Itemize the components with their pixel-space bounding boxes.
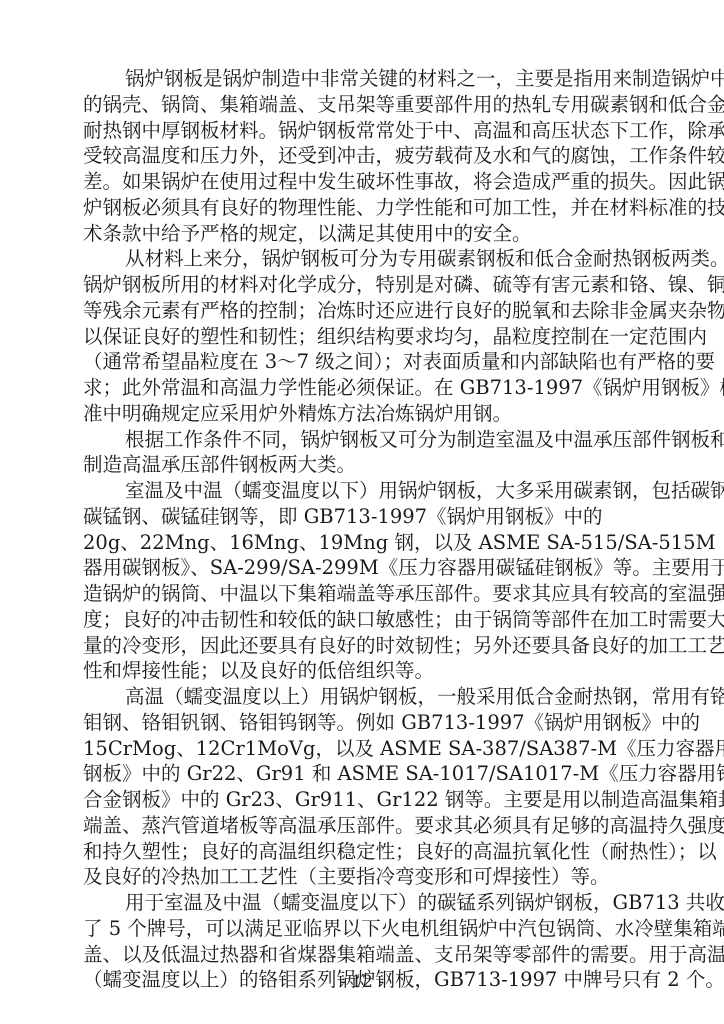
text-line: 用于室温及中温（蠕变温度以下）的碳锰系列锅炉钢板，GB713 共收纳 (83, 890, 643, 916)
text-line: 耐热钢中厚钢板材料。锅炉钢板常常处于中、高温和高压状态下工作，除承 (83, 118, 643, 144)
paragraph: 锅炉钢板是锅炉制造中非常关键的材料之一，主要是指用来制造锅炉中 的锅壳、锅筒、集… (83, 66, 643, 246)
text-line: 器用碳钢板》、SA-299/SA-299M《压力容器用碳锰硅钢板》等。主要用于制 (83, 555, 643, 581)
text-line: 高温（蠕变温度以上）用锅炉钢板，一般采用低合金耐热钢，常用有铬 (83, 684, 643, 710)
text-line: 量的冷变形，因此还要具有良好的时效韧性；另外还要具备良好的加工工艺 (83, 633, 643, 659)
text-line: 从材料上来分，锅炉钢板可分为专用碳素钢板和低合金耐热钢板两类。 (83, 246, 643, 272)
text-line: 等残余元素有严格的控制；冶炼时还应进行良好的脱氧和去除非金属夹杂物， (83, 298, 643, 324)
text-line: 准中明确规定应采用炉外精炼方法冶炼锅炉用钢。 (83, 401, 643, 427)
text-line: 20g、22Mng、16Mng、19Mng 钢，以及 ASME SA-515/S… (83, 530, 643, 556)
text-line: 求；此外常温和高温力学性能必须保证。在 GB713-1997《锅炉用钢板》标 (83, 375, 643, 401)
text-line: 和持久塑性；良好的高温组织稳定性；良好的高温抗氧化性（耐热性）；以 (83, 839, 643, 865)
text-line: 炉钢板必须具有良好的物理性能、力学性能和可加工性，并在材料标准的技 (83, 195, 643, 221)
text-line: 差。如果锅炉在使用过程中发生破坏性事故，将会造成严重的损失。因此锅 (83, 169, 643, 195)
text-line: 端盖、蒸汽管道堵板等高温承压部件。要求其必须具有足够的高温持久强度 (83, 813, 643, 839)
text-line: 钼钢、铬钼钒钢、铬钼钨钢等。例如 GB713-1997《锅炉用钢板》中的 (83, 710, 643, 736)
text-line: 钢板》中的 Gr22、Gr91 和 ASME SA-1017/SA1017-M《… (83, 761, 643, 787)
text-line: 度；良好的冲击韧性和较低的缺口敏感性；由于锅筒等部件在加工时需要大 (83, 607, 643, 633)
text-line: 锅炉钢板所用的材料对化学成分，特别是对磷、硫等有害元素和铬、镍、铜 (83, 272, 643, 298)
text-line: （通常希望晶粒度在 3～7 级之间）；对表面质量和内部缺陷也有严格的要 (83, 349, 643, 375)
text-line: 及良好的冷热加工工艺性（主要指冷弯变形和可焊接性）等。 (83, 864, 643, 890)
text-line: 碳锰钢、碳锰硅钢等，即 GB713-1997《锅炉用钢板》中的 (83, 504, 643, 530)
text-line: 造锅炉的锅筒、中温以下集箱端盖等承压部件。要求其应具有较高的室温强 (83, 581, 643, 607)
text-line: 15CrMog、12Cr1MoVg，以及 ASME SA-387/SA387-M… (83, 736, 643, 762)
text-line: 盖、以及低温过热器和省煤器集箱端盖、支吊架等零部件的需要。用于高温 (83, 942, 643, 968)
text-line: 性和焊接性能；以及良好的低倍组织等。 (83, 658, 643, 684)
paragraph: 从材料上来分，锅炉钢板可分为专用碳素钢板和低合金耐热钢板两类。 锅炉钢板所用的材… (83, 246, 643, 426)
text-line: 了 5 个牌号，可以满足亚临界以下火电机组锅炉中汽包锅筒、水冷壁集箱端 (83, 916, 643, 942)
text-line: 受较高温度和压力外，还受到冲击，疲劳载荷及水和气的腐蚀，工作条件较 (83, 143, 643, 169)
text-line: 室温及中温（蠕变温度以下）用锅炉钢板，大多采用碳素钢，包括碳钢、 (83, 478, 643, 504)
paragraph: 室温及中温（蠕变温度以下）用锅炉钢板，大多采用碳素钢，包括碳钢、 碳锰钢、碳锰硅… (83, 478, 643, 684)
text-line: 合金钢板》中的 Gr23、Gr911、Gr122 钢等。主要是用以制造高温集箱封… (83, 787, 643, 813)
text-line: 制造高温承压部件钢板两大类。 (83, 452, 643, 478)
text-line: 锅炉钢板是锅炉制造中非常关键的材料之一，主要是指用来制造锅炉中 (83, 66, 643, 92)
paragraph: 根据工作条件不同，锅炉钢板又可分为制造室温及中温承压部件钢板和 制造高温承压部件… (83, 427, 643, 479)
text-line: 术条款中给予严格的规定，以满足其使用中的安全。 (83, 221, 643, 247)
paragraph: 高温（蠕变温度以上）用锅炉钢板，一般采用低合金耐热钢，常用有铬 钼钢、铬钼钒钢、… (83, 684, 643, 890)
text-line: 根据工作条件不同，锅炉钢板又可分为制造室温及中温承压部件钢板和 (83, 427, 643, 453)
text-line: 的锅壳、锅筒、集箱端盖、支吊架等重要部件用的热轧专用碳素钢和低合金 (83, 92, 643, 118)
text-line: 以保证良好的塑性和韧性；组织结构要求均匀，晶粒度控制在一定范围内 (83, 324, 643, 350)
document-body: 锅炉钢板是锅炉制造中非常关键的材料之一，主要是指用来制造锅炉中 的锅壳、锅筒、集… (83, 66, 643, 993)
page-number: - 12 - (0, 972, 724, 992)
